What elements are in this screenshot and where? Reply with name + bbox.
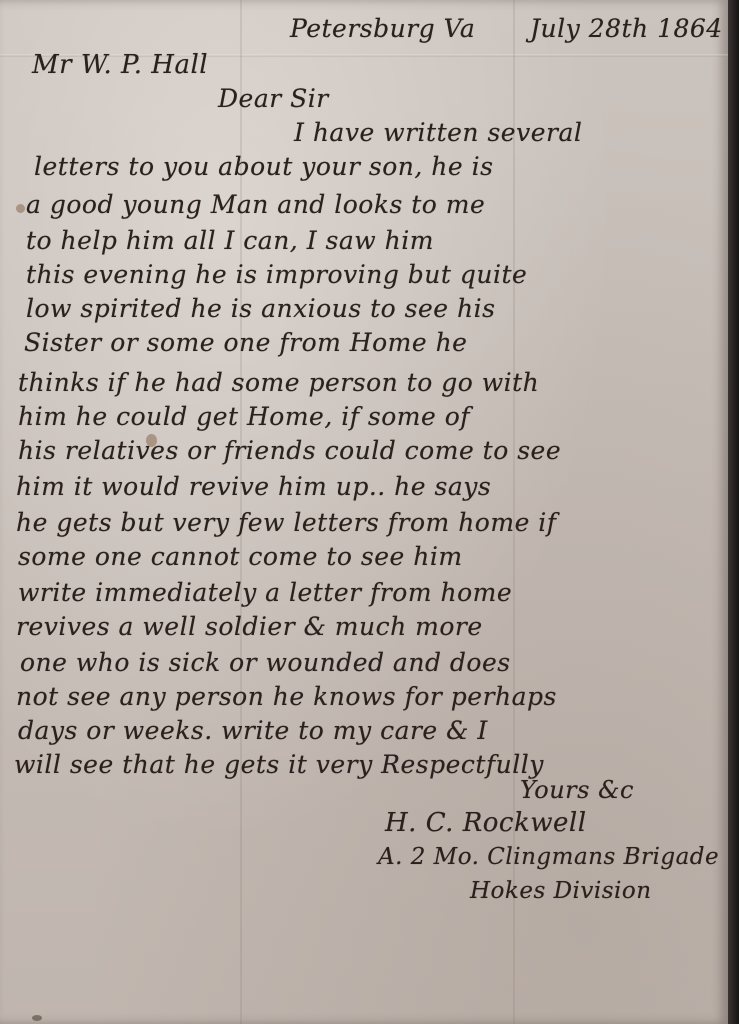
body-line: thinks if he had some person to go with [18,368,539,397]
body-line: days or weeks. write to my care & I [18,716,488,745]
ink-stain [16,204,25,213]
signature-unit: A. 2 Mo. Clingmans Brigade [378,844,719,870]
body-line: one who is sick or wounded and does [20,648,511,677]
body-line: a good young Man and looks to me [26,190,485,219]
body-line: him he could get Home, if some of [18,402,470,431]
ink-stain [32,1015,42,1021]
signature-division: Hokes Division [470,878,652,904]
body-line: this evening he is improving but quite [26,260,527,289]
greeting: Dear Sir [218,84,329,113]
signature-name: H. C. Rockwell [385,808,587,838]
body-line: to help him all I can, I saw him [26,226,434,255]
body-line: I have written several [294,118,582,147]
body-line: not see any person he knows for perhaps [16,682,557,711]
body-line: low spirited he is anxious to see his [26,294,495,323]
body-line: he gets but very few letters from home i… [16,508,557,537]
addressee: Mr W. P. Hall [32,50,208,80]
body-line: him it would revive him up.. he says [16,472,491,501]
body-line: some one cannot come to see him [18,542,463,571]
body-line: will see that he gets it very Respectful… [14,750,544,779]
background-edge [728,0,739,1024]
letter-place: Petersburg Va [290,14,475,43]
body-line: Sister or some one from Home he [24,328,467,357]
body-line: write immediately a letter from home [18,578,512,607]
closing: Yours &c [520,776,634,804]
letter-date: July 28th 1864 [530,14,723,43]
body-line: revives a well soldier & much more [16,612,483,641]
letter-paper: Petersburg Va July 28th 1864 Mr W. P. Ha… [0,0,728,1024]
body-line: his relatives or friends could come to s… [18,436,561,465]
body-line: letters to you about your son, he is [34,152,493,181]
